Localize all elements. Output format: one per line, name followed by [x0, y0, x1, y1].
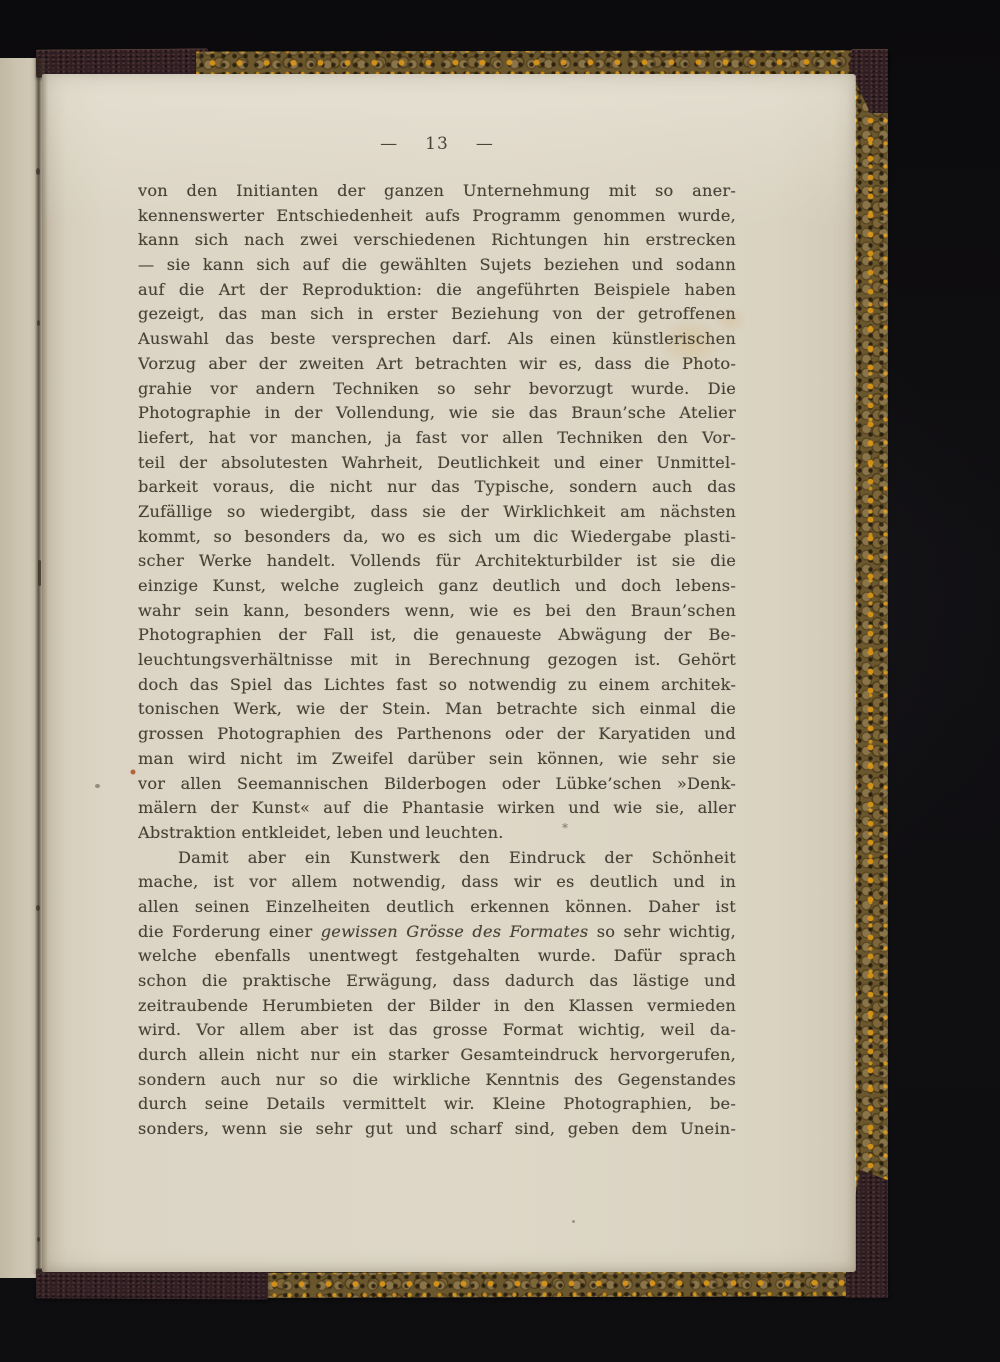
book-page: — 13 — von den Initianten der ganzen Unt… [42, 74, 855, 1272]
text-line: auf die Art der Reproduktion: die angefü… [138, 278, 736, 303]
text-line: mälern der Kunst« auf die Phantasie wirk… [138, 796, 736, 821]
text-line: teil der absolutesten Wahrheit, Deutlich… [138, 451, 736, 476]
text-line: zeitraubende Herumbieten der Bilder in d… [138, 994, 736, 1019]
text-line: tonischen Werk, wie der Stein. Man betra… [138, 697, 736, 722]
page-edge-mark [36, 905, 40, 911]
text-line: einzige Kunst, welche zugleich ganz deut… [138, 574, 736, 599]
ink-speck-mark: * [562, 821, 568, 835]
text-line: Vorzug aber der zweiten Art betrachten w… [138, 352, 736, 377]
gray-ink-speck [95, 784, 100, 788]
text-line: — sie kann sich auf die gewählten Sujets… [138, 253, 736, 278]
text-line: durch seine Details vermittelt wir. Klei… [138, 1092, 736, 1117]
text-line: kennenswerter Entschiedenheit aufs Progr… [138, 204, 736, 229]
text-line: vor allen Seemannischen Bilderbogen oder… [138, 772, 736, 797]
tiny-speck [572, 1220, 575, 1223]
text-line: kommt, so besonders da, wo es sich um di… [138, 525, 736, 550]
text-line: liefert, hat vor manchen, ja fast vor al… [138, 426, 736, 451]
book-scan: — 13 — von den Initianten der ganzen Unt… [0, 0, 1000, 1362]
page-edge-mark [38, 560, 41, 586]
text-line: sonders, wenn sie sehr gut und scharf si… [138, 1117, 736, 1142]
text-line: allen seinen Einzelheiten deutlich erken… [138, 895, 736, 920]
text-line: grahie vor andern Techniken so sehr bevo… [138, 377, 736, 402]
page-edge-mark [37, 320, 40, 326]
cover-bottom-leather-strip [36, 1268, 268, 1299]
page-number: 13 [425, 134, 449, 154]
page-text-block: von den Initianten der ganzen Unternehmu… [138, 179, 736, 1142]
cover-top-marbled-strip [196, 50, 888, 75]
text-line: Zufällige so wiedergibt, dass sie der Wi… [138, 500, 736, 525]
text-line: schon die praktische Erwägung, dass dadu… [138, 969, 736, 994]
text-line: grossen Photographien des Parthenons ode… [138, 722, 736, 747]
page-header: — 13 — [138, 134, 736, 154]
red-ink-dot [130, 769, 136, 775]
text-line: Photographien der Fall ist, die genauest… [138, 623, 736, 648]
text-line: wahr sein kann, besonders wenn, wie es b… [138, 599, 736, 624]
text-line: mache, ist vor allem notwendig, dass wir… [138, 870, 736, 895]
text-line: Auswahl das beste versprechen darf. Als … [138, 327, 736, 352]
text-line: scher Werke handelt. Vollends für Archit… [138, 549, 736, 574]
text-line: wird. Vor allem aber ist das grosse Form… [138, 1018, 736, 1043]
text-line: sondern auch nur so die wirkliche Kenntn… [138, 1068, 736, 1093]
text-line: barkeit voraus, die nicht nur das Typisc… [138, 475, 736, 500]
page-fold-shadow [30, 58, 48, 1274]
page-edge-mark [36, 168, 40, 175]
text-line: Damit aber ein Kunstwerk den Eindruck de… [138, 846, 736, 871]
text-line: Abstraktion entkleidet, leben und leucht… [138, 821, 736, 846]
page-edge-mark [37, 1237, 40, 1242]
header-dash-right: — [476, 134, 494, 154]
text-line: von den Initianten der ganzen Unternehmu… [138, 179, 736, 204]
text-line: die Forderung einer gewissen Grösse des … [138, 920, 736, 945]
text-line: durch allein nicht nur ein starker Gesam… [138, 1043, 736, 1068]
header-dash-left: — [380, 134, 398, 154]
text-line: welche ebenfalls unentwegt festgehalten … [138, 944, 736, 969]
text-line: gezeigt, das man sich in erster Beziehun… [138, 302, 736, 327]
text-line: doch das Spiel das Lichtes fast so notwe… [138, 673, 736, 698]
text-line: leuchtungsverhältnisse mit in Berechnung… [138, 648, 736, 673]
cover-bottom-marbled-strip [258, 1271, 888, 1298]
cover-right-marbled-strip [854, 52, 888, 1294]
text-line: kann sich nach zwei verschiedenen Richtu… [138, 228, 736, 253]
text-line: man wird nicht im Zweifel darüber sein k… [138, 747, 736, 772]
text-line: Photographie in der Vollendung, wie sie … [138, 401, 736, 426]
